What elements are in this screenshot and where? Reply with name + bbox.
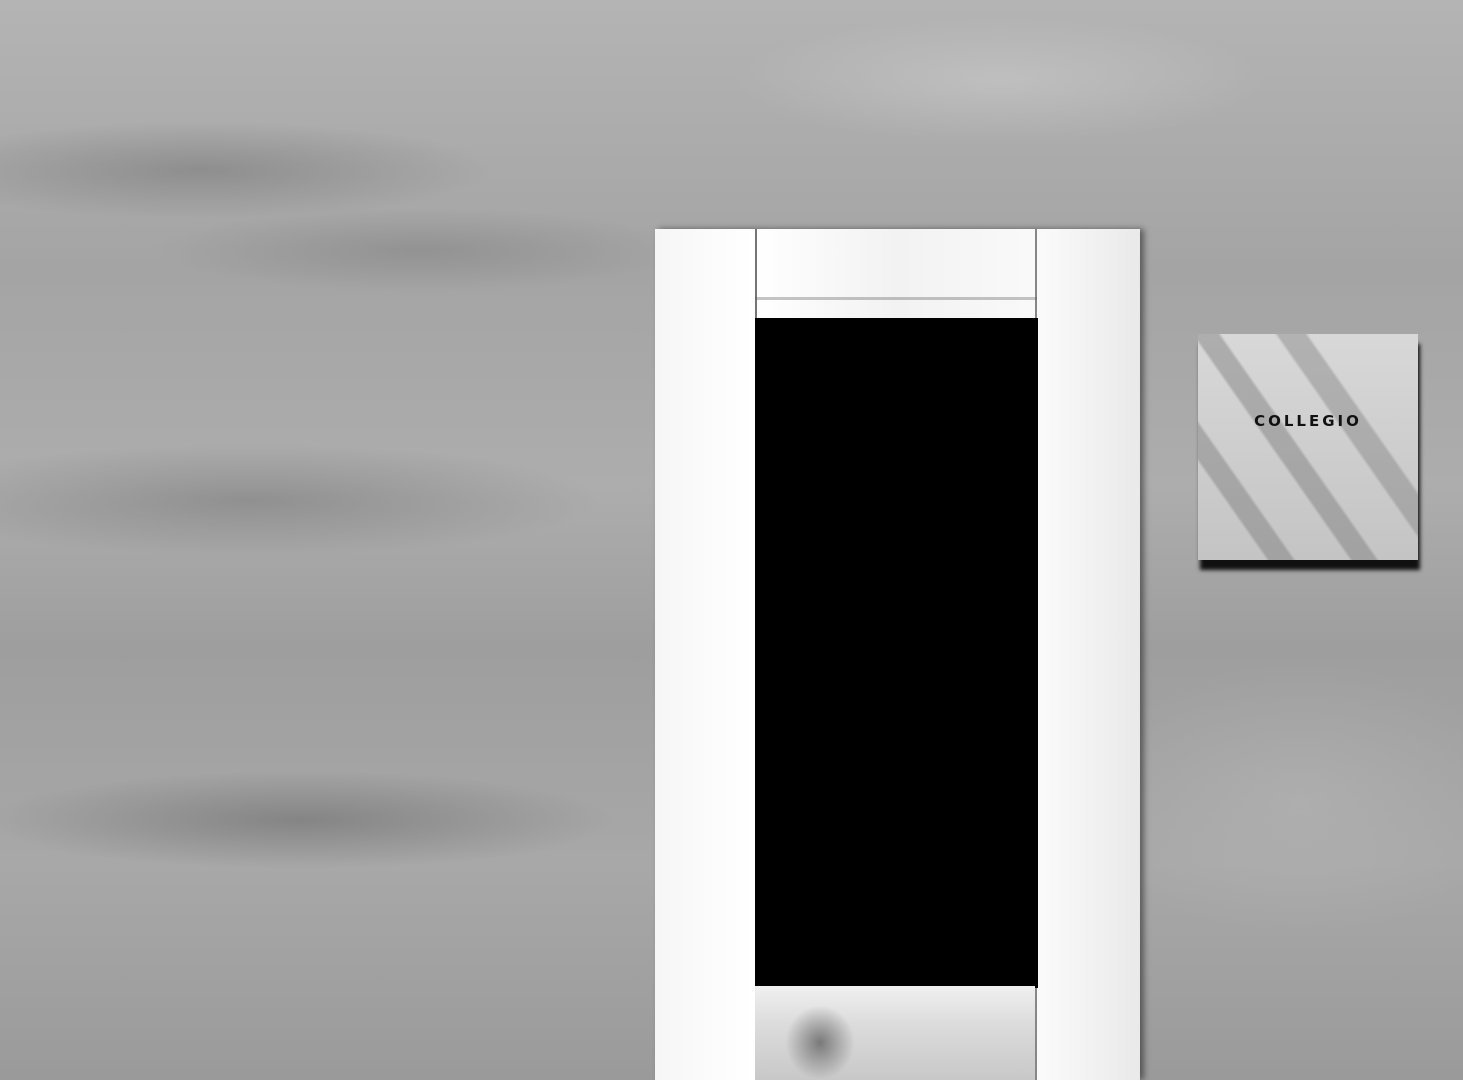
dark-doorway-opening	[755, 318, 1038, 988]
threshold-stain	[785, 1005, 855, 1080]
lintel-line	[755, 297, 1037, 300]
plaque-text: COLLEGIO	[1198, 412, 1418, 430]
marble-plaque: COLLEGIO	[1198, 334, 1418, 560]
